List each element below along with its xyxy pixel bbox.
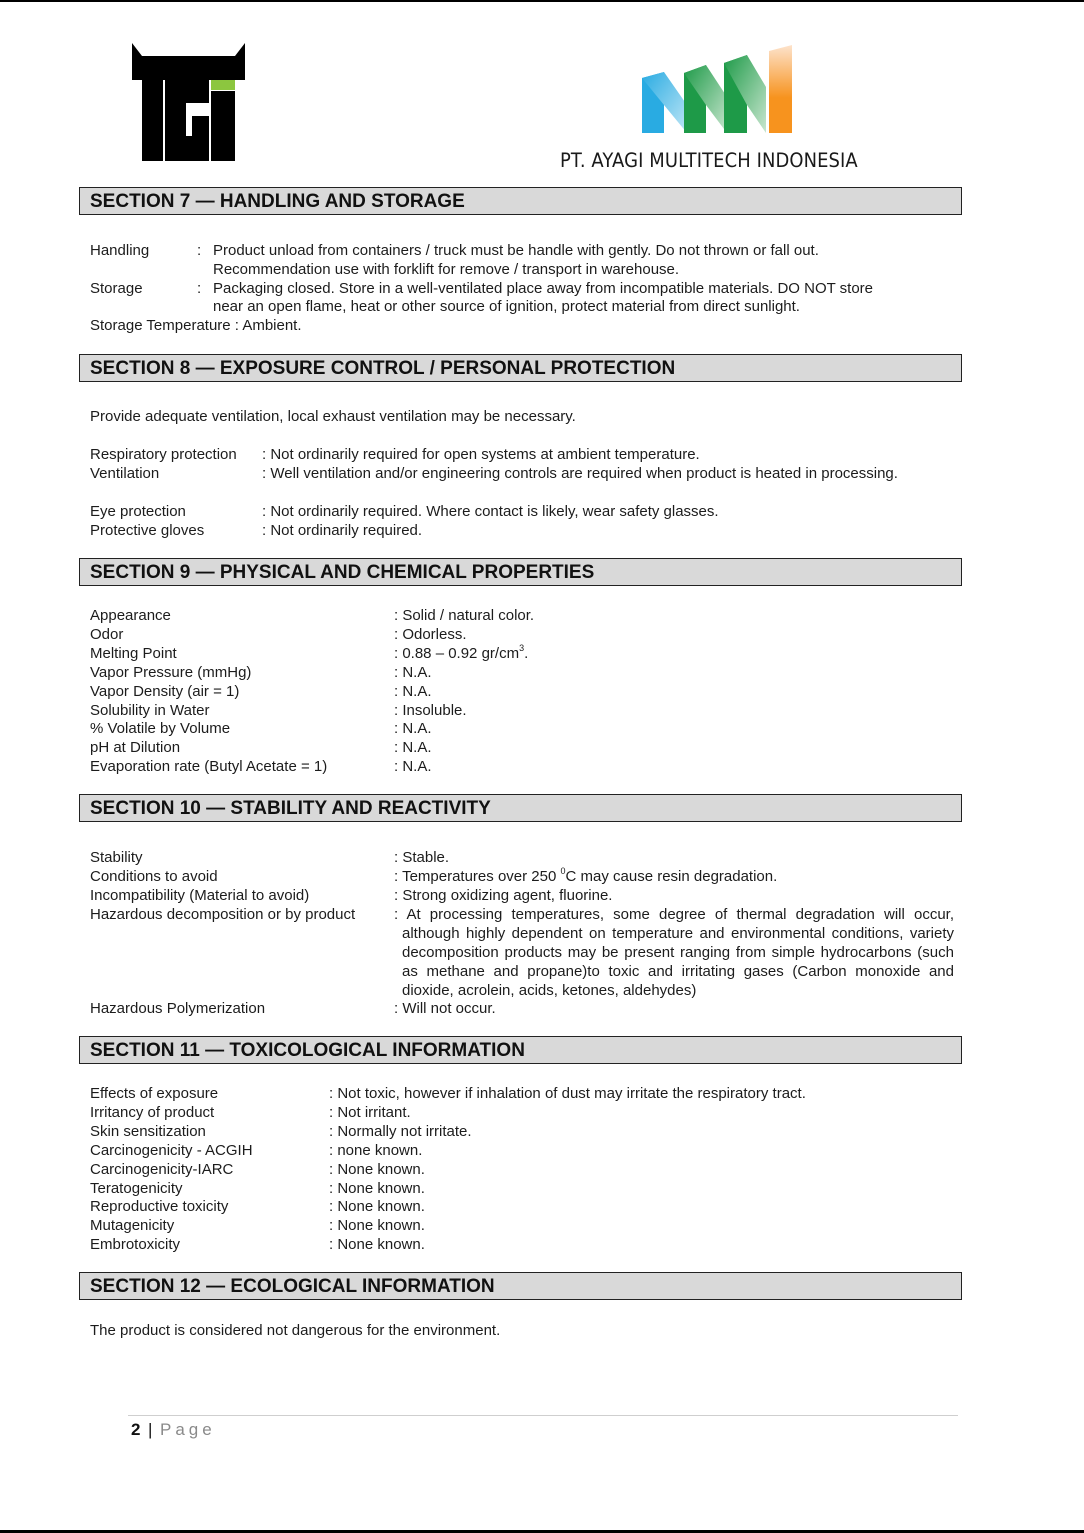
row-label: Eye protection <box>90 502 186 521</box>
row-value: : Normally not irritate. <box>329 1122 949 1141</box>
row-value: : Not irritant. <box>329 1103 949 1122</box>
row-label: Carcinogenicity-IARC <box>90 1160 233 1179</box>
row-label: Solubility in Water <box>90 701 210 720</box>
page-label: Page <box>160 1420 216 1440</box>
row-value: : None known. <box>329 1235 949 1254</box>
row-label: Carcinogenicity - ACGIH <box>90 1141 253 1160</box>
colon: : <box>197 241 201 260</box>
row-value: : Insoluble. <box>394 701 954 720</box>
row-label: Skin sensitization <box>90 1122 206 1141</box>
handling-label: Handling <box>90 241 149 260</box>
storage-temperature: Storage Temperature : Ambient. <box>90 316 302 335</box>
colon: : <box>197 279 201 298</box>
row-label: Reproductive toxicity <box>90 1197 228 1216</box>
section-8-intro: Provide adequate ventilation, local exha… <box>90 407 576 426</box>
row-value: : Not ordinarily required. <box>262 521 953 540</box>
handling-text-2: Recommendation use with forklift for rem… <box>213 260 679 279</box>
section-9-header: SECTION 9 — PHYSICAL AND CHEMICAL PROPER… <box>79 558 962 586</box>
section-7-title: SECTION 7 — HANDLING AND STORAGE <box>90 191 465 213</box>
row-value: : 0.88 – 0.92 gr/cm3. <box>394 644 954 663</box>
storage-text-1: Packaging closed. Store in a well-ventil… <box>213 279 873 298</box>
row-label: Teratogenicity <box>90 1179 183 1198</box>
row-value: : None known. <box>329 1197 949 1216</box>
row-label: Ventilation <box>90 464 159 483</box>
row-label: Melting Point <box>90 644 177 663</box>
top-border <box>0 0 1084 2</box>
row-value: : Solid / natural color. <box>394 606 954 625</box>
row-label: Respiratory protection <box>90 445 237 464</box>
section-12-text: The product is considered not dangerous … <box>90 1321 500 1340</box>
row-label: Embrotoxicity <box>90 1235 180 1254</box>
row-value: : Not toxic, however if inhalation of du… <box>329 1084 949 1103</box>
section-9-title: SECTION 9 — PHYSICAL AND CHEMICAL PROPER… <box>90 562 594 584</box>
company-name: PT. AYAGI MULTITECH INDONESIA <box>560 149 858 172</box>
storage-label: Storage <box>90 279 143 298</box>
row-value: : None known. <box>329 1160 949 1179</box>
row-value: : none known. <box>329 1141 949 1160</box>
row-label: Vapor Pressure (mmHg) <box>90 663 251 682</box>
row-value: : Will not occur. <box>394 999 954 1018</box>
section-10-title: SECTION 10 — STABILITY AND REACTIVITY <box>90 798 491 820</box>
row-label: pH at Dilution <box>90 738 180 757</box>
section-8-title: SECTION 8 — EXPOSURE CONTROL / PERSONAL … <box>90 358 675 380</box>
row-label: Odor <box>90 625 123 644</box>
row-value: : None known. <box>329 1216 949 1235</box>
row-label: Conditions to avoid <box>90 867 218 886</box>
row-value: : Strong oxidizing agent, fluorine. <box>394 886 954 905</box>
section-8-header: SECTION 8 — EXPOSURE CONTROL / PERSONAL … <box>79 354 962 382</box>
row-value: : None known. <box>329 1179 949 1198</box>
footer-divider <box>128 1415 958 1416</box>
row-value: : Stable. <box>394 848 954 867</box>
row-label: Incompatibility (Material to avoid) <box>90 886 309 905</box>
section-10-header: SECTION 10 — STABILITY AND REACTIVITY <box>79 794 962 822</box>
row-label: Mutagenicity <box>90 1216 174 1235</box>
row-value: : Odorless. <box>394 625 954 644</box>
row-value: : Well ventilation and/or engineering co… <box>262 464 953 483</box>
row-label: Protective gloves <box>90 521 204 540</box>
row-label: Irritancy of product <box>90 1103 214 1122</box>
row-value: : At processing temperatures, some degre… <box>394 905 954 1000</box>
row-value: : N.A. <box>394 738 954 757</box>
ayagi-logo-icon <box>642 45 794 135</box>
row-value: : N.A. <box>394 757 954 776</box>
row-label: Stability <box>90 848 143 867</box>
section-7-header: SECTION 7 — HANDLING AND STORAGE <box>79 187 962 215</box>
section-11-title: SECTION 11 — TOXICOLOGICAL INFORMATION <box>90 1040 525 1062</box>
row-label: Appearance <box>90 606 171 625</box>
row-label: Evaporation rate (Butyl Acetate = 1) <box>90 757 327 776</box>
row-label: Hazardous Polymerization <box>90 999 265 1018</box>
section-12-title: SECTION 12 — ECOLOGICAL INFORMATION <box>90 1276 495 1298</box>
row-value: : Temperatures over 250 0C may cause res… <box>394 867 954 886</box>
row-label: Hazardous decomposition or by product <box>90 905 355 924</box>
row-label: Effects of exposure <box>90 1084 218 1103</box>
row-value: : N.A. <box>394 719 954 738</box>
section-12-header: SECTION 12 — ECOLOGICAL INFORMATION <box>79 1272 962 1300</box>
handling-text-1: Product unload from containers / truck m… <box>213 241 819 260</box>
section-11-header: SECTION 11 — TOXICOLOGICAL INFORMATION <box>79 1036 962 1064</box>
storage-text-2: near an open flame, heat or other source… <box>213 297 800 316</box>
tgi-logo-icon <box>132 43 245 162</box>
row-value: : N.A. <box>394 682 954 701</box>
row-label: % Volatile by Volume <box>90 719 230 738</box>
row-label: Vapor Density (air = 1) <box>90 682 239 701</box>
page-separator: | <box>148 1420 152 1440</box>
row-value: : Not ordinarily required. Where contact… <box>262 502 953 521</box>
page-number: 2 <box>131 1420 140 1440</box>
row-value: : N.A. <box>394 663 954 682</box>
row-value: : Not ordinarily required for open syste… <box>262 445 953 464</box>
